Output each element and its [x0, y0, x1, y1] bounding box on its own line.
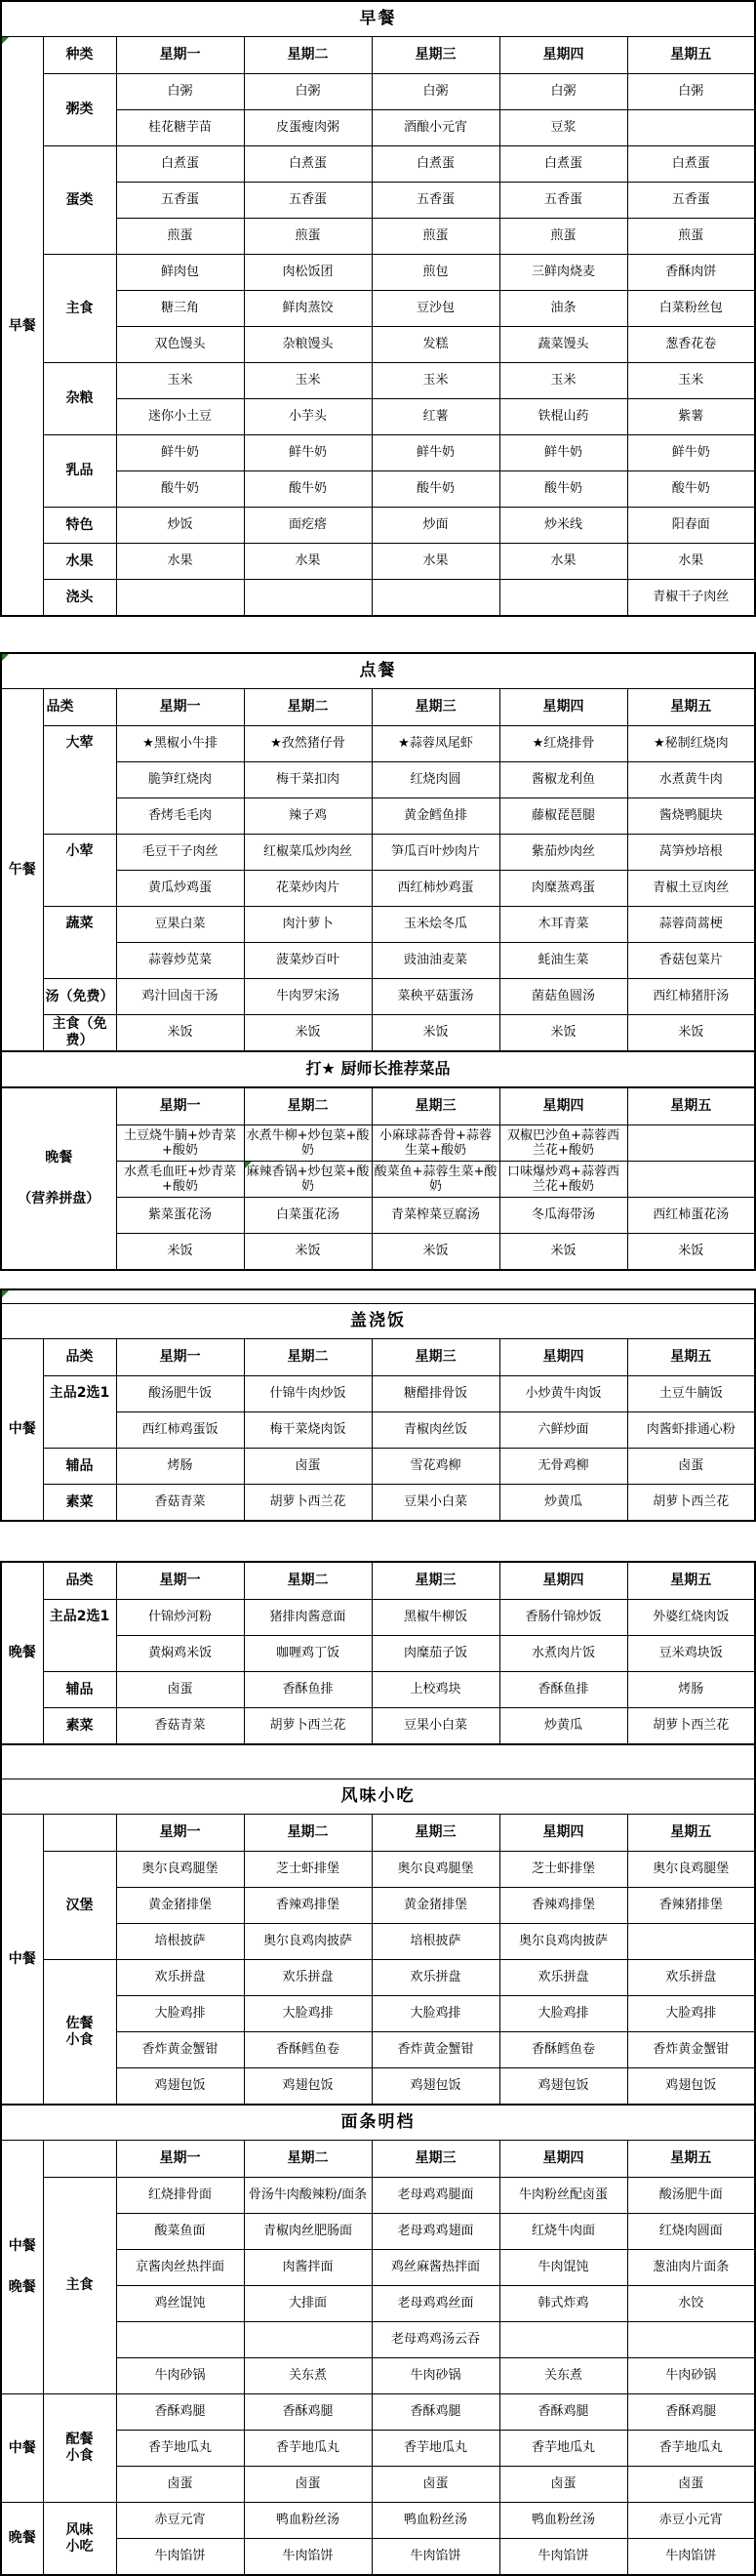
gaijiaofan-dinner-table: 晚餐品类星期一星期二星期三星期四星期五主品2选1什锦炒河粉猪排肉酱意面黑椒牛柳饭… — [0, 1561, 756, 1745]
menu-cell — [627, 1125, 755, 1162]
menu-cell: 双椒巴沙鱼+蒜蓉西兰花+酸奶 — [499, 1125, 627, 1162]
category-label: 辅品 — [43, 1449, 116, 1485]
meal-label: 中餐 晚餐 — [1, 2141, 43, 2394]
menu-cell: 牛肉砂锅 — [372, 2358, 499, 2394]
menu-cell — [627, 110, 755, 146]
menu-cell: 白煮蛋 — [372, 146, 499, 183]
menu-cell: 牛肉砂锅 — [627, 2358, 755, 2394]
menu-cell: 肉酱拌面 — [244, 2250, 372, 2286]
category-header — [43, 1815, 116, 1852]
menu-cell: 米饭 — [499, 1234, 627, 1271]
menu-cell: 上校鸡块 — [372, 1672, 499, 1708]
menu-cell: 蒜蓉茼蒿梗 — [627, 907, 755, 943]
section-spacer — [0, 1522, 756, 1561]
menu-cell: 鲜牛奶 — [116, 435, 244, 471]
menu-cell: 香酥鸡腿 — [244, 2394, 372, 2431]
menu-cell: 鸭血粉丝汤 — [244, 2503, 372, 2539]
menu-cell: 水煮肉片饭 — [499, 1636, 627, 1672]
menu-cell: 玉米 — [499, 363, 627, 399]
menu-cell: 糖醋排骨饭 — [372, 1376, 499, 1412]
menu-cell: 香酥鱼排 — [244, 1672, 372, 1708]
menu-cell: 花菜炒肉片 — [244, 871, 372, 907]
menu-cell: 蔬菜馒头 — [499, 327, 627, 363]
menu-cell: 香芋地瓜丸 — [372, 2431, 499, 2467]
menu-cell: 六鲜炒面 — [499, 1412, 627, 1449]
menu-cell: 香烤毛毛肉 — [116, 798, 244, 835]
menu-cell: 香菇包菜片 — [627, 943, 755, 979]
meal-label: 早餐 — [1, 37, 43, 617]
menu-cell: 赤豆小元宵 — [627, 2503, 755, 2539]
menu-cell: 豉油油麦菜 — [372, 943, 499, 979]
menu-cell: 胡萝卜西兰花 — [627, 1708, 755, 1745]
menu-cell: 鸡翅包饭 — [372, 2068, 499, 2106]
menu-cell: 煎蛋 — [244, 219, 372, 255]
menu-cell: 黄金鳕鱼排 — [372, 798, 499, 835]
menu-cell: 京酱肉丝热拌面 — [116, 2250, 244, 2286]
menu-cell: 卤蛋 — [627, 1449, 755, 1485]
menu-cell: 梅干菜烧肉饭 — [244, 1412, 372, 1449]
menu-cell: 水果 — [627, 544, 755, 580]
menu-cell: 酸汤肥牛饭 — [116, 1376, 244, 1412]
menu-cell: 奥尔良鸡腿堡 — [627, 1852, 755, 1888]
menu-cell: 牛肉砂锅 — [116, 2358, 244, 2394]
menu-cell: 西红柿鸡蛋饭 — [116, 1412, 244, 1449]
day-header: 星期二 — [244, 1562, 372, 1600]
menu-cell: 豆浆 — [499, 110, 627, 146]
category-header — [43, 2141, 116, 2178]
menu-cell: 香酥肉饼 — [627, 255, 755, 291]
category-label: 佐餐 小食 — [43, 1960, 116, 2106]
menu-cell: 无骨鸡柳 — [499, 1449, 627, 1485]
category-label: 汉堡 — [43, 1852, 116, 1960]
menu-cell — [499, 580, 627, 617]
meal-label: 晚餐 — [1, 1562, 43, 1744]
day-header: 星期三 — [372, 1562, 499, 1600]
menu-cell: 韩式炸鸡 — [499, 2286, 627, 2322]
menu-cell: 老母鸡鸡丝面 — [372, 2286, 499, 2322]
menu-cell: 酸汤肥牛面 — [627, 2178, 755, 2214]
menu-cell: 老母鸡鸡腿面 — [372, 2178, 499, 2214]
meal-label: 中餐 — [1, 1815, 43, 2106]
category-label: 杂粮 — [43, 363, 116, 435]
menu-cell: 桂花糖芋苗 — [116, 110, 244, 146]
menu-cell: 藤椒琵琶腿 — [499, 798, 627, 835]
menu-cell: 鸡丝馄饨 — [116, 2286, 244, 2322]
menu-cell: 水煮毛血旺+炒青菜+酸奶 — [116, 1162, 244, 1198]
menu-cell: 牛肉罗宋汤 — [244, 979, 372, 1015]
day-header: 星期五 — [627, 1087, 755, 1125]
menu-cell: 大脸鸡排 — [116, 1996, 244, 2032]
day-header: 星期二 — [244, 2141, 372, 2178]
section-title: 早餐 — [1, 1, 755, 37]
menu-cell: 水果 — [372, 544, 499, 580]
menu-cell: 米饭 — [627, 1234, 755, 1271]
gaijiaofan-lunch-table: 盖浇饭中餐品类星期一星期二星期三星期四星期五主品2选1酸汤肥牛饭什锦牛肉炒饭糖醋… — [0, 1288, 756, 1522]
menu-cell: 奥尔良鸡肉披萨 — [244, 1924, 372, 1960]
section-title: 盖浇饭 — [1, 1304, 755, 1339]
day-header: 星期二 — [244, 37, 372, 74]
menu-cell: 米饭 — [244, 1015, 372, 1052]
menu-cell: 骨汤牛肉酸辣粉/面条 — [244, 2178, 372, 2214]
menu-cell: 白粥 — [244, 74, 372, 110]
day-header: 星期四 — [499, 1087, 627, 1125]
menu-cell: 青椒干子肉丝 — [627, 580, 755, 617]
menu-cell: 五香蛋 — [116, 183, 244, 219]
menu-cell — [372, 580, 499, 617]
menu-cell: 肉汁萝卜 — [244, 907, 372, 943]
menu-cell: 红薯 — [372, 399, 499, 435]
day-header: 星期三 — [372, 1815, 499, 1852]
category-label: 辅品 — [43, 1672, 116, 1708]
menu-cell: 水果 — [244, 544, 372, 580]
menu-cell: 卤蛋 — [116, 2467, 244, 2503]
menu-cell: 香辣猪排堡 — [627, 1888, 755, 1924]
menu-cell: 玉米 — [244, 363, 372, 399]
menu-cell: 鸡翅包饭 — [627, 2068, 755, 2106]
menu-cell: 豆果小白菜 — [372, 1708, 499, 1745]
menu-cell: 西红柿猪肝汤 — [627, 979, 755, 1015]
menu-cell: 双色馒头 — [116, 327, 244, 363]
menu-cell: 鸭血粉丝汤 — [499, 2503, 627, 2539]
menu-cell: 欢乐拼盘 — [372, 1960, 499, 1996]
menu-cell: 奥尔良鸡腿堡 — [372, 1852, 499, 1888]
menu-cell: 白粥 — [116, 74, 244, 110]
section-title: 点餐 — [1, 653, 755, 689]
menu-cell: 白粥 — [627, 74, 755, 110]
menu-cell: 鲜牛奶 — [627, 435, 755, 471]
spacer-row — [1, 1744, 755, 1779]
menu-cell: 香芋地瓜丸 — [116, 2431, 244, 2467]
menu-cell: 葱油肉片面条 — [627, 2250, 755, 2286]
menu-cell: 白煮蛋 — [116, 146, 244, 183]
section-title: 面条明档 — [1, 2105, 755, 2141]
menu-cell: 牛肉馅饼 — [244, 2539, 372, 2576]
menu-cell: 酸菜鱼面 — [116, 2214, 244, 2250]
menu-cell: 卤蛋 — [244, 1449, 372, 1485]
menu-cell — [244, 580, 372, 617]
menu-cell: 鲜肉蒸饺 — [244, 291, 372, 327]
menu-cell — [244, 2322, 372, 2358]
menu-cell: 西红柿蛋花汤 — [627, 1198, 755, 1234]
menu-cell: 香炸黄金蟹钳 — [116, 2032, 244, 2068]
menu-cell: 香辣鸡排堡 — [499, 1888, 627, 1924]
weekly-menu-sheet: 早餐早餐种类星期一星期二星期三星期四星期五粥类白粥白粥白粥白粥白粥桂花糖芋苗皮蛋… — [0, 0, 756, 2576]
day-header: 星期三 — [372, 689, 499, 726]
menu-cell: 胡萝卜西兰花 — [244, 1708, 372, 1745]
menu-cell: 鲜牛奶 — [499, 435, 627, 471]
section-title: 风味小吃 — [1, 1779, 755, 1815]
category-header: 种类 — [43, 37, 116, 74]
day-header: 星期四 — [499, 689, 627, 726]
menu-cell: 五香蛋 — [372, 183, 499, 219]
menu-cell: 紫薯 — [627, 399, 755, 435]
menu-cell: 青椒土豆肉丝 — [627, 871, 755, 907]
menu-cell: 肉酱虾排通心粉 — [627, 1412, 755, 1449]
menu-cell: 青椒肉丝肥肠面 — [244, 2214, 372, 2250]
menu-cell: 酸牛奶 — [244, 471, 372, 508]
day-header: 星期一 — [116, 1087, 244, 1125]
menu-cell: 关东煮 — [244, 2358, 372, 2394]
category-label: 主食 — [43, 2178, 116, 2394]
menu-cell: 肉松饭团 — [244, 255, 372, 291]
menu-cell — [116, 580, 244, 617]
day-header: 星期四 — [499, 1815, 627, 1852]
menu-cell: 五香蛋 — [244, 183, 372, 219]
day-header: 星期五 — [627, 1562, 755, 1600]
menu-cell: 老母鸡鸡翅面 — [372, 2214, 499, 2250]
menu-cell: 小麻球蒜香骨+蒜蓉生菜+酸奶 — [372, 1125, 499, 1162]
menu-cell: 大脸鸡排 — [244, 1996, 372, 2032]
menu-cell: 小炒黄牛肉饭 — [499, 1376, 627, 1412]
menu-cell: 阳春面 — [627, 508, 755, 544]
menu-cell: 发糕 — [372, 327, 499, 363]
menu-cell: 酸牛奶 — [116, 471, 244, 508]
menu-cell: 胡萝卜西兰花 — [627, 1485, 755, 1522]
day-header: 星期三 — [372, 37, 499, 74]
menu-cell: 煎包 — [372, 255, 499, 291]
menu-cell: 葱香花卷 — [627, 327, 755, 363]
day-header: 星期四 — [499, 1562, 627, 1600]
menu-cell: 白菜蛋花汤 — [244, 1198, 372, 1234]
menu-cell: 水煮黄牛肉 — [627, 762, 755, 798]
menu-cell: 米饭 — [372, 1234, 499, 1271]
menu-cell: 大排面 — [244, 2286, 372, 2322]
menu-cell: 米饭 — [116, 1234, 244, 1271]
menu-cell: 香酥鳕鱼卷 — [499, 2032, 627, 2068]
menu-cell: 米饭 — [116, 1015, 244, 1052]
menu-cell: 口味爆炒鸡+蒜蓉西兰花+酸奶 — [499, 1162, 627, 1198]
menu-cell: 欢乐拼盘 — [116, 1960, 244, 1996]
menu-cell: 香辣鸡排堡 — [244, 1888, 372, 1924]
menu-cell: 红烧肉圆面 — [627, 2214, 755, 2250]
menu-cell: 胡萝卜西兰花 — [244, 1485, 372, 1522]
menu-cell: 小芋头 — [244, 399, 372, 435]
menu-cell: 鸡翅包饭 — [244, 2068, 372, 2106]
menu-cell: 青菜榨菜豆腐汤 — [372, 1198, 499, 1234]
menu-cell: 牛肉馅饼 — [627, 2539, 755, 2576]
menu-cell: 土豆牛腩饭 — [627, 1376, 755, 1412]
menu-cell: 黑椒牛柳饭 — [372, 1600, 499, 1636]
menu-cell: 黄金猪排堡 — [372, 1888, 499, 1924]
menu-cell — [116, 2322, 244, 2358]
menu-cell: 赤豆元宵 — [116, 2503, 244, 2539]
day-header: 星期一 — [116, 1562, 244, 1600]
menu-cell: 水饺 — [627, 2286, 755, 2322]
menu-cell: 咖喱鸡丁饭 — [244, 1636, 372, 1672]
menu-cell — [627, 1162, 755, 1198]
menu-cell: ★黑椒小牛排 — [116, 726, 244, 762]
menu-cell: 香菇青菜 — [116, 1485, 244, 1522]
menu-cell: 炒饭 — [116, 508, 244, 544]
menu-cell: 卤蛋 — [499, 2467, 627, 2503]
menu-cell: 什锦炒河粉 — [116, 1600, 244, 1636]
menu-cell: 煎蛋 — [627, 219, 755, 255]
day-header: 星期三 — [372, 2141, 499, 2178]
menu-cell: 卤蛋 — [627, 2467, 755, 2503]
menu-cell: 蒜蓉炒苋菜 — [116, 943, 244, 979]
day-header: 星期四 — [499, 2141, 627, 2178]
menu-cell: 香芋地瓜丸 — [244, 2431, 372, 2467]
category-label: 素菜 — [43, 1485, 116, 1522]
menu-cell: 红烧牛肉面 — [499, 2214, 627, 2250]
category-label: 主食 — [43, 255, 116, 363]
menu-cell: 欢乐拼盘 — [499, 1960, 627, 1996]
menu-cell: 炒米线 — [499, 508, 627, 544]
category-label: 蔬菜 — [43, 907, 116, 979]
menu-cell: 紫菜蛋花汤 — [116, 1198, 244, 1234]
category-label: 乳品 — [43, 435, 116, 508]
menu-cell: 煎蛋 — [116, 219, 244, 255]
category-label: 主品2选1 — [43, 1600, 116, 1672]
menu-cell: 大脸鸡排 — [499, 1996, 627, 2032]
menu-cell: ★蒜蓉凤尾虾 — [372, 726, 499, 762]
menu-cell: 肉糜蒸鸡蛋 — [499, 871, 627, 907]
menu-cell: 鸡汁回卤干汤 — [116, 979, 244, 1015]
day-header: 星期二 — [244, 1815, 372, 1852]
menu-cell: 卤蛋 — [244, 2467, 372, 2503]
category-label: 小荤 — [43, 835, 116, 907]
snack-table: 风味小吃中餐星期一星期二星期三星期四星期五汉堡奥尔良鸡腿堡芝士虾排堡奥尔良鸡腿堡… — [0, 1743, 756, 2106]
menu-cell: 西红柿炒鸡蛋 — [372, 871, 499, 907]
menu-cell: 玉米 — [116, 363, 244, 399]
menu-cell: 米饭 — [244, 1234, 372, 1271]
menu-cell: 鸡丝麻酱热拌面 — [372, 2250, 499, 2286]
menu-cell: 水果 — [116, 544, 244, 580]
menu-cell: 豆沙包 — [372, 291, 499, 327]
day-header: 星期一 — [116, 2141, 244, 2178]
menu-cell: 香芋地瓜丸 — [499, 2431, 627, 2467]
menu-cell: 油条 — [499, 291, 627, 327]
category-label: 汤（免费） — [43, 979, 116, 1015]
menu-cell: 五香蛋 — [499, 183, 627, 219]
menu-cell: ★红烧排骨 — [499, 726, 627, 762]
day-header: 星期四 — [499, 37, 627, 74]
category-label: 大荤 — [43, 726, 116, 835]
noodle-table: 面条明档中餐 晚餐星期一星期二星期三星期四星期五主食红烧排骨面骨汤牛肉酸辣粉/面… — [0, 2104, 756, 2576]
menu-cell: 牛肉馅饼 — [116, 2539, 244, 2576]
menu-cell: 笋瓜百叶炒肉片 — [372, 835, 499, 871]
breakfast-table: 早餐早餐种类星期一星期二星期三星期四星期五粥类白粥白粥白粥白粥白粥桂花糖芋苗皮蛋… — [0, 0, 756, 617]
menu-cell: 酸牛奶 — [627, 471, 755, 508]
menu-cell: 香酥鱼排 — [499, 1672, 627, 1708]
menu-cell: 黄金猪排堡 — [116, 1888, 244, 1924]
menu-cell: 菜秧平菇蛋汤 — [372, 979, 499, 1015]
category-label: 蛋类 — [43, 146, 116, 255]
day-header: 星期一 — [116, 1815, 244, 1852]
menu-cell: 卤蛋 — [116, 1672, 244, 1708]
day-header: 星期五 — [627, 37, 755, 74]
category-header: 品类 — [43, 689, 116, 726]
menu-cell: 猪排肉酱意面 — [244, 1600, 372, 1636]
menu-cell: 香酥鸡腿 — [627, 2394, 755, 2431]
day-header: 星期四 — [499, 1339, 627, 1376]
meal-label: 晚餐 （营养拼盘） — [1, 1087, 116, 1270]
menu-cell: 牛肉馄饨 — [499, 2250, 627, 2286]
menu-cell: 菠菜炒百叶 — [244, 943, 372, 979]
menu-cell: 鸡翅包饭 — [116, 2068, 244, 2106]
category-label: 粥类 — [43, 74, 116, 146]
menu-cell: 迷你小土豆 — [116, 399, 244, 435]
menu-cell: 脆笋红烧肉 — [116, 762, 244, 798]
category-label: 素菜 — [43, 1708, 116, 1745]
menu-cell: 白菜粉丝包 — [627, 291, 755, 327]
category-label: 主食（免费） — [43, 1015, 116, 1052]
menu-cell: 炒黄瓜 — [499, 1485, 627, 1522]
menu-cell: 米饭 — [372, 1015, 499, 1052]
menu-cell: 欢乐拼盘 — [244, 1960, 372, 1996]
menu-cell: 鲜牛奶 — [372, 435, 499, 471]
menu-cell: 酱烧鸭腿块 — [627, 798, 755, 835]
menu-cell: 五香蛋 — [627, 183, 755, 219]
section-spacer — [0, 1271, 756, 1288]
menu-cell: ★秘制红烧肉 — [627, 726, 755, 762]
menu-cell: 蚝油生菜 — [499, 943, 627, 979]
category-label: 配餐 小食 — [43, 2394, 116, 2503]
category-label: 浇头 — [43, 580, 116, 617]
menu-cell: 煎蛋 — [372, 219, 499, 255]
day-header: 星期一 — [116, 689, 244, 726]
menu-cell: 烤肠 — [627, 1672, 755, 1708]
menu-cell: 牛肉馅饼 — [372, 2539, 499, 2576]
menu-cell: 木耳青菜 — [499, 907, 627, 943]
category-label: 特色 — [43, 508, 116, 544]
day-header: 星期二 — [244, 1087, 372, 1125]
menu-cell: 白煮蛋 — [627, 146, 755, 183]
category-label: 主品2选1 — [43, 1376, 116, 1449]
category-header: 品类 — [43, 1339, 116, 1376]
menu-cell: 雪花鸡柳 — [372, 1449, 499, 1485]
menu-cell: ★孜然猪仔骨 — [244, 726, 372, 762]
menu-cell: 面疙瘩 — [244, 508, 372, 544]
menu-cell: 什锦牛肉炒饭 — [244, 1376, 372, 1412]
menu-cell: 香酥鸡腿 — [499, 2394, 627, 2431]
menu-cell: 紫茄炒肉丝 — [499, 835, 627, 871]
menu-cell: 冬瓜海带汤 — [499, 1198, 627, 1234]
meal-label: 午餐 — [1, 689, 43, 1052]
menu-cell: 皮蛋瘦肉粥 — [244, 110, 372, 146]
menu-cell: 牛肉馅饼 — [499, 2539, 627, 2576]
day-header: 星期一 — [116, 1339, 244, 1376]
menu-cell: 酱椒龙利鱼 — [499, 762, 627, 798]
day-header: 星期二 — [244, 689, 372, 726]
menu-cell: 莴笋炒培根 — [627, 835, 755, 871]
menu-cell: 玉米 — [627, 363, 755, 399]
chef-recommend-band: 打★ 厨师长推荐菜品 — [0, 1050, 756, 1088]
menu-cell: 肉糜茄子饭 — [372, 1636, 499, 1672]
spacer-row — [1, 1289, 755, 1304]
category-header: 品类 — [43, 1562, 116, 1600]
menu-cell: 豆果小白菜 — [372, 1485, 499, 1522]
menu-cell: 铁棍山药 — [499, 399, 627, 435]
recommend-band-title: 打★ 厨师长推荐菜品 — [1, 1051, 755, 1087]
menu-cell: 香肠什锦炒饭 — [499, 1600, 627, 1636]
day-header: 星期五 — [627, 689, 755, 726]
category-label: 水果 — [43, 544, 116, 580]
menu-cell: 香酥鸡腿 — [372, 2394, 499, 2431]
menu-cell: 卤蛋 — [372, 2467, 499, 2503]
menu-cell: 红烧肉圆 — [372, 762, 499, 798]
menu-cell: 香酥鸡腿 — [116, 2394, 244, 2431]
menu-cell: 红烧排骨面 — [116, 2178, 244, 2214]
meal-label: 中餐 — [1, 2394, 43, 2503]
category-label: 风味 小吃 — [43, 2503, 116, 2576]
menu-cell: 白粥 — [372, 74, 499, 110]
menu-cell: 酸牛奶 — [372, 471, 499, 508]
menu-cell: 酸牛奶 — [499, 471, 627, 508]
meal-label: 晚餐 — [1, 2503, 43, 2576]
menu-cell: 培根披萨 — [116, 1924, 244, 1960]
menu-cell: 烤肠 — [116, 1449, 244, 1485]
